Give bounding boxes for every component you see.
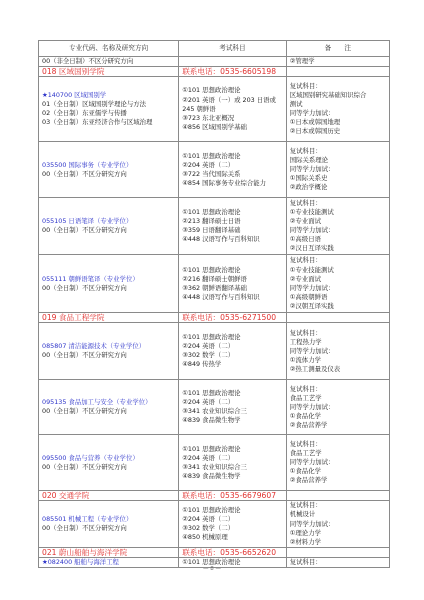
exam-cell: ①101 思想政治理论②204 英语（二）③341 农业知识综合三④839 食品… bbox=[179, 380, 287, 435]
note-line: ②专业面试 bbox=[290, 275, 386, 284]
note-line: 食品工艺学 bbox=[290, 394, 386, 403]
research-direction: 00（全日制）不区分研究方向 bbox=[42, 463, 175, 472]
note-line: 复试科目： bbox=[290, 199, 386, 208]
note-line: ①专业技能测试 bbox=[290, 208, 386, 217]
notes-cell: 复试科目：①专业技能测试②专业面试同等学力加试：①高级朝鲜语②汉朝互译实践 bbox=[286, 255, 389, 313]
note-line: 同等学力加试： bbox=[290, 226, 386, 235]
exam-subject: ②204 英语（二） bbox=[182, 515, 283, 524]
exam-subject: ④854 国际事务专业综合能力 bbox=[182, 179, 283, 188]
program-cell: 085807 清洁能源技术（专业学位）00（全日制）不区分研究方向 bbox=[39, 323, 179, 380]
college-row: 020 交通学院联系电话：0535-6679607 bbox=[39, 491, 390, 501]
exam-subject: ②204 英语（二） bbox=[182, 161, 283, 170]
program-title: 095135 食品加工与安全（专业学位） bbox=[42, 398, 152, 406]
research-direction: 00（全日制）不区分研究方向 bbox=[42, 524, 175, 533]
exam-cell: ①101 思想政治理论②201 英语（一）或 203 日语或245 朝鲜语③72… bbox=[179, 77, 287, 142]
note-line: 复试科目： bbox=[290, 440, 386, 449]
note-line: 同等学力加试： bbox=[290, 284, 386, 293]
notes-cell: 复试科目：食品工艺学同等学力加试：①食品化学②食品营养学 bbox=[286, 380, 389, 435]
carry-exam bbox=[179, 57, 287, 67]
exam-subject: ②201 英语（一）或 203 日语或 bbox=[182, 96, 283, 105]
program-row: 055111 朝鲜语笔译（专业学位）00（全日制）不区分研究方向①101 思想政… bbox=[39, 255, 390, 313]
notes-cell: 复试科目：机械设计同等学力加试：①理论力学②材料力学 bbox=[286, 501, 389, 547]
exam-subject: ②216 翻译硕士朝鲜语 bbox=[182, 275, 283, 284]
research-direction: 00（全日制）不区分研究方向 bbox=[42, 170, 175, 179]
exam-subject: ③722 当代国际关系 bbox=[182, 170, 283, 179]
exam-subject: ④448 汉语写作与百科知识 bbox=[182, 293, 283, 302]
exam-subject: ④849 传热学 bbox=[182, 360, 283, 369]
note-line: 同等学力加试： bbox=[290, 458, 386, 467]
exam-cell: ①101 思想政治理论②216 翻译硕士朝鲜语③362 朝鲜语翻译基础④448 … bbox=[179, 255, 287, 313]
header-exam-subjects: 考试科目 bbox=[179, 41, 287, 57]
college-phone: 联系电话：0535-6679607 bbox=[179, 491, 287, 501]
note-line: ①日本或韩国地理 bbox=[290, 118, 386, 127]
program-cell: 085501 机械工程（专业学位）00（全日制）不区分研究方向 bbox=[39, 501, 179, 547]
note-line: ②日本或韩国历史 bbox=[290, 127, 386, 136]
note-line: 同等学力加试： bbox=[290, 403, 386, 412]
exam-subject: ③341 农业知识综合三 bbox=[182, 463, 283, 472]
exam-cell: ①101 思想政治理论②213 翻译硕士日语③359 日语翻译基础④448 汉语… bbox=[179, 198, 287, 255]
program-row: 055105 日语笔译（专业学位）00（全日制）不区分研究方向①101 思想政治… bbox=[39, 198, 390, 255]
note-line: ①国际关系史 bbox=[290, 174, 386, 183]
exam-cell: ①101 思想政治理论②204 英语（二）③302 数学（二）④849 传热学 bbox=[179, 323, 287, 380]
college-note bbox=[286, 313, 389, 323]
exam-subject: ②204 英语（二） bbox=[182, 454, 283, 463]
note-line: 食品工艺学 bbox=[290, 449, 386, 458]
exam-cell: ①101 思想政治理论②204 英语（二）③722 当代国际关系④854 国际事… bbox=[179, 142, 287, 198]
program-title: 085807 清洁能源技术（专业学位） bbox=[42, 342, 145, 350]
exam-subject: ③723 东北亚概况 bbox=[182, 114, 283, 123]
college-note bbox=[286, 547, 389, 557]
exam-subject: ②204 英语（二） bbox=[182, 398, 283, 407]
note-line: ①食品化学 bbox=[290, 412, 386, 421]
exam-subject: ③302 数学（二） bbox=[182, 524, 283, 533]
exam-subject: ②204 英语（二） bbox=[182, 342, 283, 351]
notes-cell: 复试科目：区域国别研究基础知识综合测试同等学力加试：①日本或韩国地理②日本或韩国… bbox=[286, 77, 389, 142]
exam-subject: ①101 思想政治理论 bbox=[182, 152, 283, 161]
program-row: 095500 食品与营养（专业学位）00（全日制）不区分研究方向①101 思想政… bbox=[39, 435, 390, 491]
program-cell: 035500 国际事务（专业学位）00（全日制）不区分研究方向 bbox=[39, 142, 179, 198]
note-line: ②汉日互译实践 bbox=[290, 244, 386, 253]
exam-subject: ④856 区域国别学基础 bbox=[182, 123, 283, 132]
program-row: 035500 国际事务（专业学位）00（全日制）不区分研究方向①101 思想政治… bbox=[39, 142, 390, 198]
program-title: 140700 区域国别学 bbox=[48, 91, 106, 99]
note-line: 复试科目： bbox=[290, 385, 386, 394]
notes-cell: 复试科目：①专业技能测试②专业面试同等学力加试：①高级日语②汉日互译实践 bbox=[286, 198, 389, 255]
exam-subject: ②213 翻译硕士日语 bbox=[182, 217, 283, 226]
program-cell: ★140700 区域国别学01（全日制）区域国别学理论与方法02（全日制）东亚儒… bbox=[39, 77, 179, 142]
exam-subject: ①101 思想政治理论 bbox=[182, 86, 283, 95]
college-phone: 联系电话：0535-6605198 bbox=[179, 67, 287, 77]
exam-cell: ①101 思想政治理论②204 英语（二）③341 农业知识综合三④839 食品… bbox=[179, 435, 287, 491]
note-line: ①高级日语 bbox=[290, 235, 386, 244]
carry-over-row: 00（非全日制）不区分研究方向 ②管理学 bbox=[39, 57, 390, 67]
college-row: 021 蔚山船舶与海洋学院联系电话：0535-6652620 bbox=[39, 547, 390, 557]
program-row: ★140700 区域国别学01（全日制）区域国别学理论与方法02（全日制）东亚儒… bbox=[39, 77, 390, 142]
program-cell: 095135 食品加工与安全（专业学位）00（全日制）不区分研究方向 bbox=[39, 380, 179, 435]
exam-subject: ③341 农业知识综合三 bbox=[182, 407, 283, 416]
note-line: 复试科目： bbox=[290, 256, 386, 265]
note-line: ②食品营养学 bbox=[290, 421, 386, 430]
note-line: ②热工测量及仪表 bbox=[290, 365, 386, 374]
table-header-row: 专业代码、名称及研究方向 考试科目 备 注 bbox=[39, 41, 390, 57]
exam-subject: ①101 思想政治理论 bbox=[182, 506, 283, 515]
exam-subject: 245 朝鲜语 bbox=[182, 105, 283, 114]
exam-subject: ③302 数学（二） bbox=[182, 351, 283, 360]
exam-subject: ①101 思想政治理论 bbox=[182, 333, 283, 342]
college-note bbox=[286, 67, 389, 77]
document-page: 专业代码、名称及研究方向 考试科目 备 注 00（非全日制）不区分研究方向 ②管… bbox=[0, 0, 424, 600]
college-phone: 联系电话：0535-6271500 bbox=[179, 313, 287, 323]
note-line: 同等学力加试： bbox=[290, 347, 386, 356]
note-line: 区域国别研究基础知识综合 bbox=[290, 91, 386, 100]
college-name: 019 食品工程学院 bbox=[39, 313, 179, 323]
research-direction: 00（全日制）不区分研究方向 bbox=[42, 284, 175, 293]
notes-cell: 复试科目：工程热力学同等学力加试：①流体力学②热工测量及仪表 bbox=[286, 323, 389, 380]
note-line: ②汉朝互译实践 bbox=[290, 302, 386, 311]
note-line: ②政治学概论 bbox=[290, 183, 386, 192]
note-line: ①理论力学 bbox=[290, 529, 386, 538]
note-line: 同等学力加试： bbox=[290, 109, 386, 118]
college-phone: 联系电话：0535-6652620 bbox=[179, 547, 287, 557]
college-note bbox=[286, 491, 389, 501]
exam-subject: ①101 思想政治理论 bbox=[182, 208, 283, 217]
carry-direction: 00（非全日制）不区分研究方向 bbox=[39, 57, 179, 67]
note-line: 工程热力学 bbox=[290, 338, 386, 347]
program-row: 085501 机械工程（专业学位）00（全日制）不区分研究方向①101 思想政治… bbox=[39, 501, 390, 547]
program-title: 095500 食品与营养（专业学位） bbox=[42, 454, 139, 462]
note-line: 同等学力加试： bbox=[290, 520, 386, 529]
note-line: ②材料力学 bbox=[290, 538, 386, 547]
exam-cell: ①101 思想政治理论②204 英语（二）③302 数学（二）④850 机械原理 bbox=[179, 501, 287, 547]
program-title: 085501 机械工程（专业学位） bbox=[42, 515, 132, 523]
exam-subject: ③362 朝鲜语翻译基础 bbox=[182, 284, 283, 293]
college-name: 020 交通学院 bbox=[39, 491, 179, 501]
program-row: 085807 清洁能源技术（专业学位）00（全日制）不区分研究方向①101 思想… bbox=[39, 323, 390, 380]
note-line: ①高级朝鲜语 bbox=[290, 293, 386, 302]
header-major: 专业代码、名称及研究方向 bbox=[39, 41, 179, 57]
program-cell: 055111 朝鲜语笔译（专业学位）00（全日制）不区分研究方向 bbox=[39, 255, 179, 313]
research-direction: 03（全日制）东亚经济合作与区域治理 bbox=[42, 118, 175, 127]
research-direction: 00（全日制）不区分研究方向 bbox=[42, 226, 175, 235]
note-line: 同等学力加试： bbox=[290, 165, 386, 174]
research-direction: 00（全日制）不区分研究方向 bbox=[42, 351, 175, 360]
program-title: 055111 朝鲜语笔译（专业学位） bbox=[42, 275, 139, 283]
note-line: ②专业面试 bbox=[290, 217, 386, 226]
page-number: — 8 — bbox=[0, 566, 424, 572]
exam-subject: ①101 思想政治理论 bbox=[182, 445, 283, 454]
note-line: 国际关系理论 bbox=[290, 156, 386, 165]
admissions-table: 专业代码、名称及研究方向 考试科目 备 注 00（非全日制）不区分研究方向 ②管… bbox=[38, 40, 390, 568]
exam-subject: ④850 机械原理 bbox=[182, 533, 283, 542]
research-direction: 02（全日制）东亚儒学与传播 bbox=[42, 109, 175, 118]
program-title: 082400 船舶与海洋工程 bbox=[48, 558, 119, 566]
program-row: 095135 食品加工与安全（专业学位）00（全日制）不区分研究方向①101 思… bbox=[39, 380, 390, 435]
college-name: 018 区域国别学院 bbox=[39, 67, 179, 77]
carry-note: ②管理学 bbox=[286, 57, 389, 67]
note-line: 机械设计 bbox=[290, 510, 386, 519]
header-notes: 备 注 bbox=[286, 41, 389, 57]
exam-subject: ④839 食品微生物学 bbox=[182, 472, 283, 481]
note-line: 复试科目： bbox=[290, 147, 386, 156]
note-line: 复试科目： bbox=[290, 82, 386, 91]
research-direction: 01（全日制）区域国别学理论与方法 bbox=[42, 100, 175, 109]
research-direction: 00（全日制）不区分研究方向 bbox=[42, 407, 175, 416]
exam-subject: ①101 思想政治理论 bbox=[182, 389, 283, 398]
exam-subject: ④448 汉语写作与百科知识 bbox=[182, 235, 283, 244]
exam-subject: ①101 思想政治理论 bbox=[182, 266, 283, 275]
college-row: 018 区域国别学院联系电话：0535-6605198 bbox=[39, 67, 390, 77]
program-cell: 055105 日语笔译（专业学位）00（全日制）不区分研究方向 bbox=[39, 198, 179, 255]
college-row: 019 食品工程学院联系电话：0535-6271500 bbox=[39, 313, 390, 323]
exam-subject: ③359 日语翻译基础 bbox=[182, 226, 283, 235]
note-line: 测试 bbox=[290, 100, 386, 109]
note-line: ①专业技能测试 bbox=[290, 266, 386, 275]
notes-cell: 复试科目：国际关系理论同等学力加试：①国际关系史②政治学概论 bbox=[286, 142, 389, 198]
note-line: ①流体力学 bbox=[290, 356, 386, 365]
college-name: 021 蔚山船舶与海洋学院 bbox=[39, 547, 179, 557]
program-title: 055105 日语笔译（专业学位） bbox=[42, 217, 132, 225]
note-line: 复试科目： bbox=[290, 329, 386, 338]
notes-cell: 复试科目：食品工艺学同等学力加试：①食品化学②食品营养学 bbox=[286, 435, 389, 491]
program-cell: 095500 食品与营养（专业学位）00（全日制）不区分研究方向 bbox=[39, 435, 179, 491]
note-line: ②食品营养学 bbox=[290, 476, 386, 485]
program-title: 035500 国际事务（专业学位） bbox=[42, 161, 132, 169]
exam-subject: ④839 食品微生物学 bbox=[182, 416, 283, 425]
